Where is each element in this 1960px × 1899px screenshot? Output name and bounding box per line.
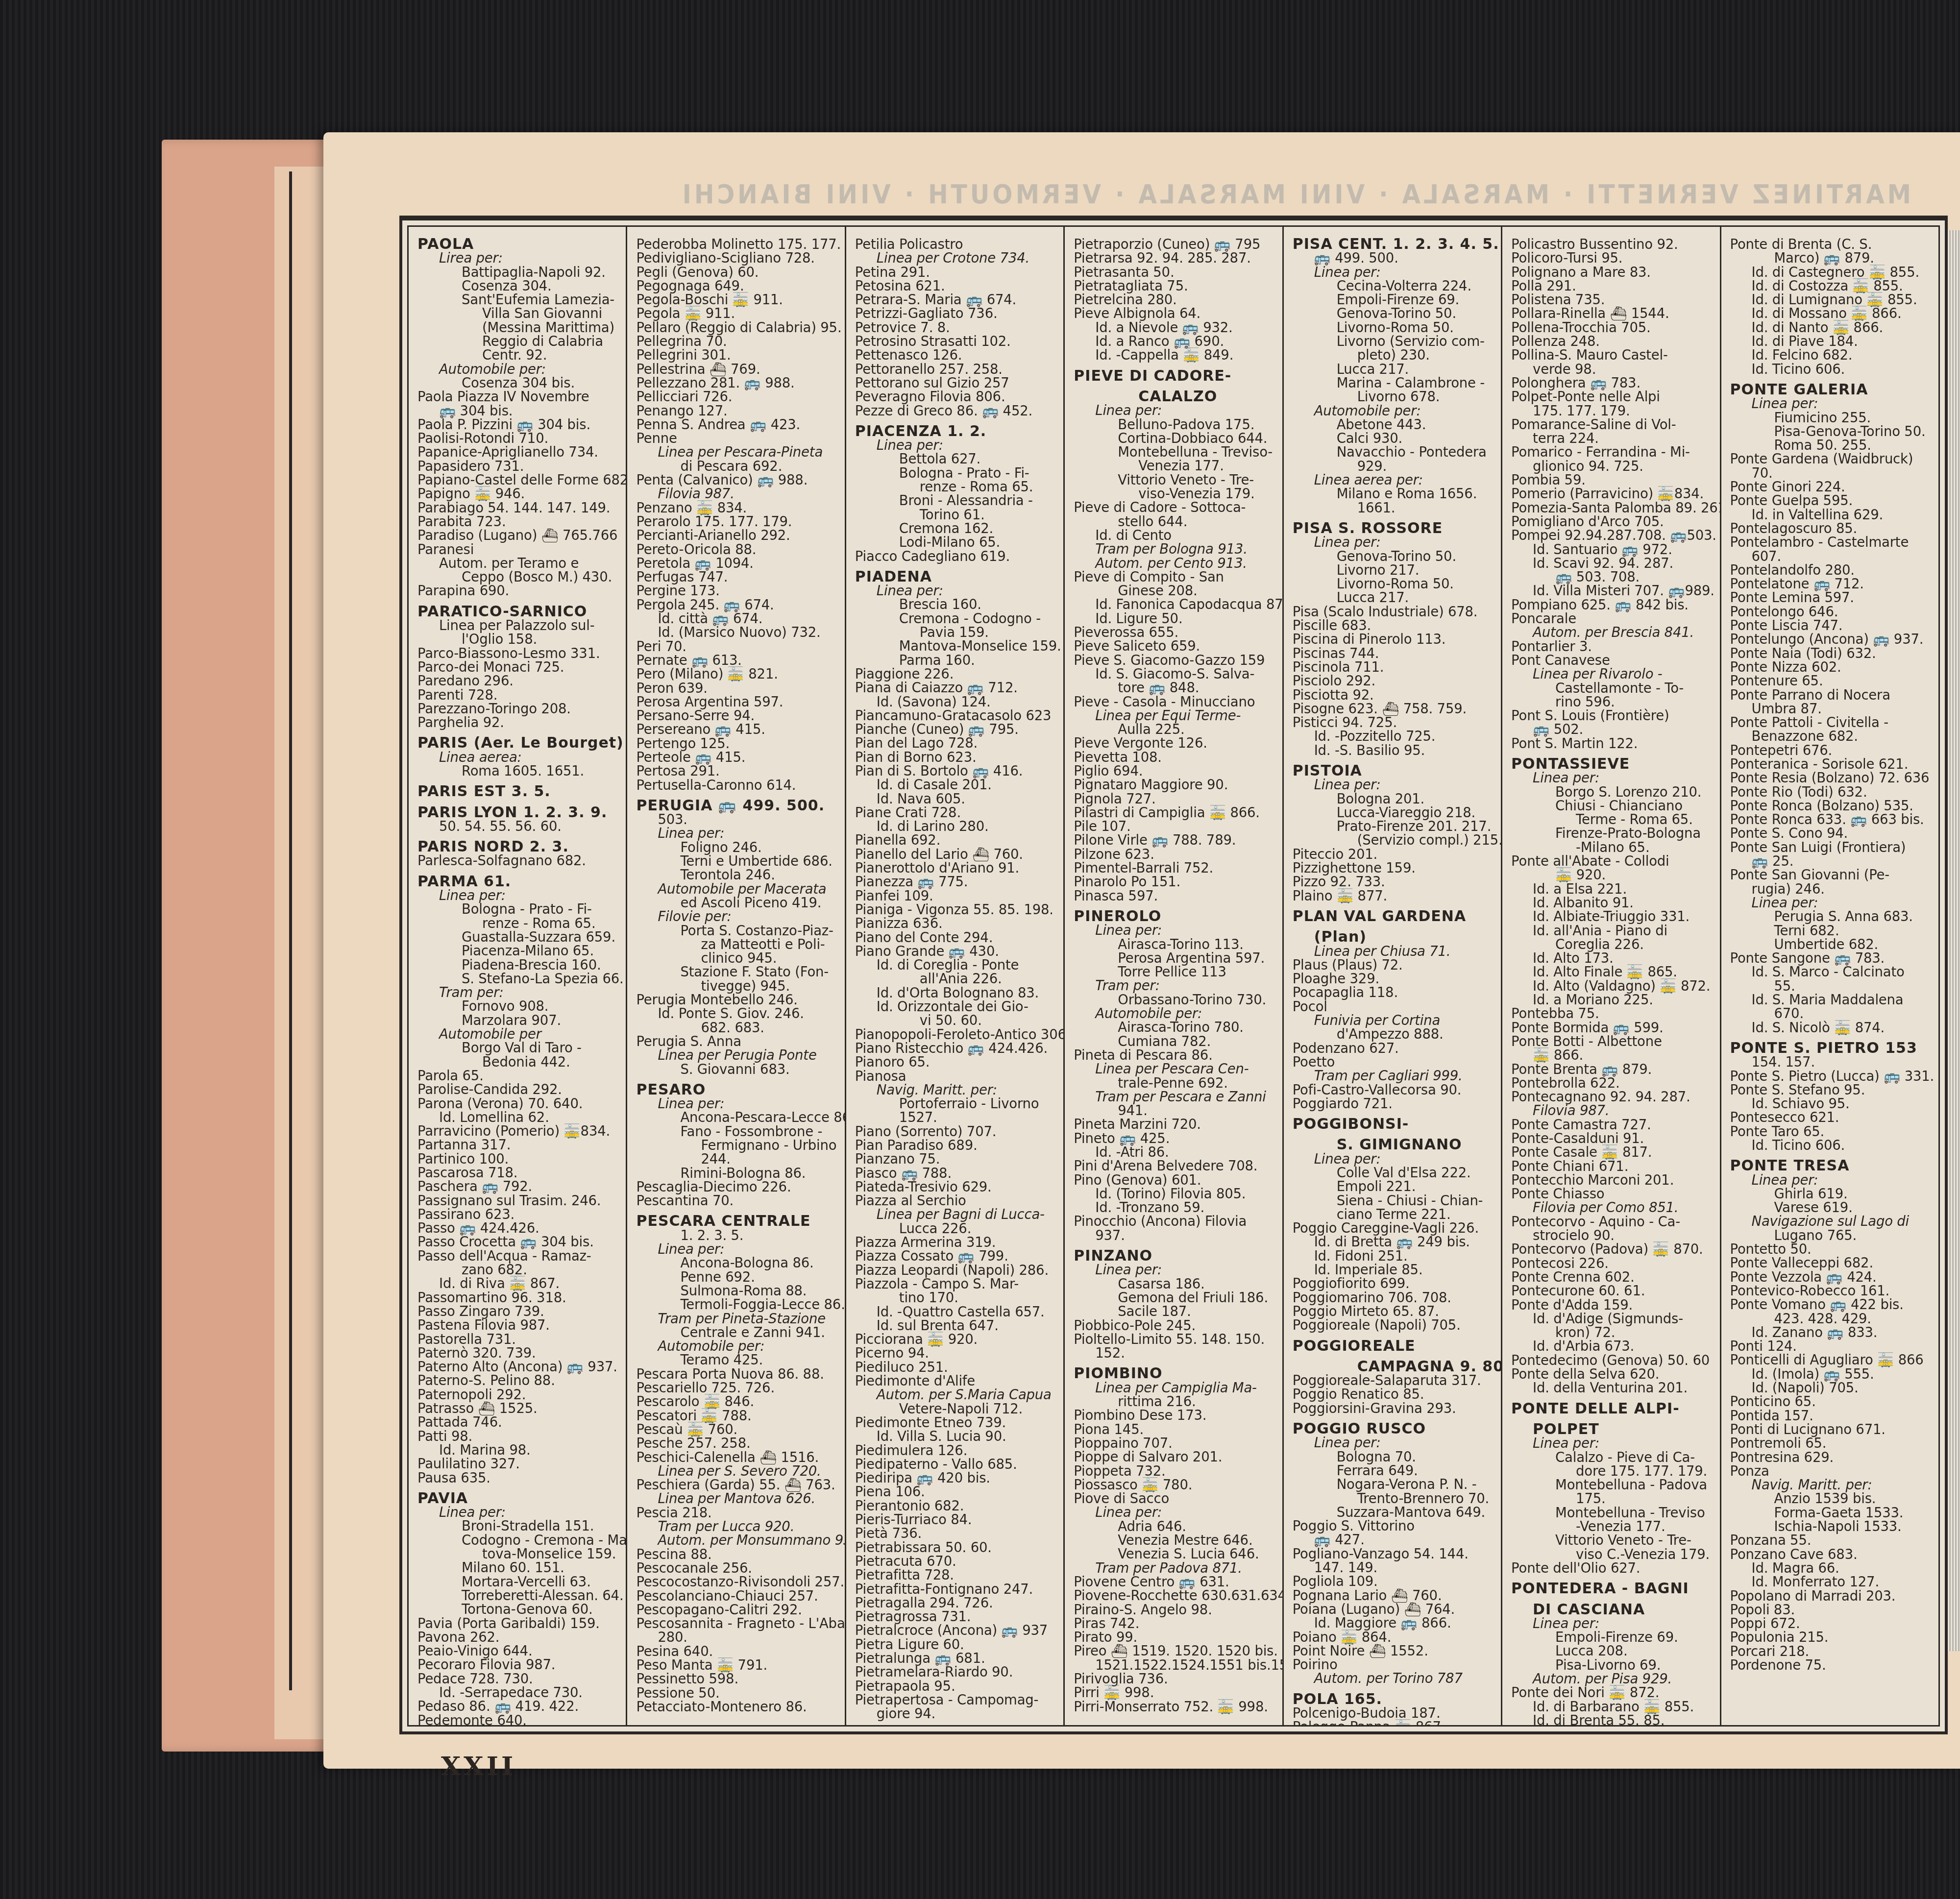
index-entry: Pontesecco 621. (1730, 1111, 1932, 1124)
index-entry: terra 224. (1511, 432, 1713, 445)
index-entry: Livorno 217. (1293, 563, 1494, 577)
index-entry: Umbertide 682. (1730, 938, 1932, 951)
index-entry: Polegge-Panna 🚋 867. (1293, 1720, 1494, 1725)
index-entry: Sulmona-Roma 88. (636, 1284, 837, 1298)
index-entry: Id. sul Brenta 647. (855, 1319, 1056, 1333)
index-entry: Vittorio Veneto - Tre- (1511, 1534, 1713, 1547)
station-heading: POLA 165. (1293, 1693, 1494, 1706)
index-entry: Pescarolo 🚋 846. (636, 1395, 837, 1409)
index-entry: Id. Magra 66. (1730, 1561, 1932, 1575)
index-entry: Perteole 🚌 415. (636, 751, 837, 764)
station-heading: PISA CENT. 1. 2. 3. 4. 5. (1293, 238, 1494, 251)
index-entry: Tortona-Genova 60. (417, 1603, 619, 1616)
index-entry: rino 596. (1511, 695, 1713, 709)
index-entry: Pontebrolla 622. (1511, 1076, 1713, 1090)
index-entry: Parenti 728. (417, 688, 619, 702)
index-entry: Ponte Pattoli - Civitella - (1730, 716, 1932, 730)
index-entry: Cortina-Dobbiaco 644. (1074, 432, 1275, 445)
index-entry: Coreglia 226. (1511, 938, 1713, 951)
index-entry: Lucca 217. (1293, 363, 1494, 376)
index-entry: Torreberetti-Alessan. 64. (417, 1589, 619, 1603)
index-entry: Pilzone 623. (1074, 848, 1275, 861)
service-label: Tram per Cagliari 999. (1293, 1069, 1494, 1083)
index-entry: Marzolara 907. (417, 1014, 619, 1027)
index-entry: 937. (1074, 1229, 1275, 1242)
service-label: Linea per: (1293, 1436, 1494, 1450)
index-entry: Lucca 226. (855, 1222, 1056, 1236)
index-entry: Paola Piazza IV Novembre (417, 390, 619, 404)
index-entry: Id. di Nanto 🚋 866. (1730, 321, 1932, 335)
station-heading: PAVIA (417, 1492, 619, 1506)
index-entry: Pierantonio 682. (855, 1499, 1056, 1513)
index-entry: trale-Penne 692. (1074, 1076, 1275, 1090)
service-label: Linea per Bagni di Lucca- (855, 1208, 1056, 1221)
index-entry: Passo 🚌 424.426. (417, 1221, 619, 1235)
index-entry: Id. a Ranco 🚌 690. (1074, 335, 1275, 348)
index-entry: Poggio S. Vittorino (1293, 1519, 1494, 1533)
index-entry: Siena - Chiusi - Chian- (1293, 1194, 1494, 1208)
index-entry: Paradiso (Lugano) ⛴ 765.766 (417, 529, 619, 542)
index-entry: (Messina Marittima) (417, 321, 619, 335)
index-entry: Id. d'Arbia 673. (1511, 1339, 1713, 1353)
index-entry: Passo Crocetta 🚌 304 bis. (417, 1235, 619, 1249)
index-entry: Ponte-Casalduni 91. (1511, 1132, 1713, 1145)
index-entry: Poetto (1293, 1055, 1494, 1069)
index-entry: Terni e Umbertide 686. (636, 854, 837, 868)
index-entry: Piona 145. (1074, 1423, 1275, 1436)
index-entry: Poggio Renatico 85. (1293, 1388, 1494, 1401)
index-entry: Persereano 🚌 415. (636, 723, 837, 736)
index-entry: Peveragno Filovia 806. (855, 390, 1056, 404)
index-entry: Policastro Bussentino 92. (1511, 238, 1713, 251)
index-entry: Pellegrini 301. (636, 348, 837, 362)
index-entry: strocielo 90. (1511, 1229, 1713, 1242)
index-entry: Poggio Mirteto 65. 87. (1293, 1305, 1494, 1318)
index-entry: Ancona-Bologna 86. (636, 1256, 837, 1270)
index-entry: Pizzighettone 159. (1293, 861, 1494, 875)
index-entry: Milano 60. 151. (417, 1561, 619, 1575)
index-entry: Pieve Vergonte 126. (1074, 736, 1275, 750)
service-label: Automobile per: (1074, 1007, 1275, 1021)
index-entry: (Servizio compl.) 215. (1293, 833, 1494, 847)
index-entry: 🚋 920. (1511, 868, 1713, 882)
index-entry: Poggiardo 721. (1293, 1097, 1494, 1111)
index-entry: Piove di Sacco (1074, 1492, 1275, 1506)
index-entry: Piaggione 226. (855, 667, 1056, 681)
index-entry: Id. di Castegnero 🚋 855. (1730, 266, 1932, 279)
index-entry: Pontelungo (Ancona) 🚌 937. (1730, 633, 1932, 646)
index-entry: Terme - Roma 65. (1511, 813, 1713, 827)
service-label: Tram per: (417, 986, 619, 999)
index-entry: Pesche 257. 258. (636, 1436, 837, 1450)
index-entry: Perarolo 175. 177. 179. (636, 515, 837, 529)
index-entry: Pietragalla 294. 726. (855, 1596, 1056, 1610)
index-column-1: PAOLALirea per:Battipaglia-Napoli 92.Cos… (409, 227, 627, 1725)
index-entry: Id. a Moriano 225. (1511, 993, 1713, 1007)
station-heading: PIEVE DI CADORE- (1074, 369, 1275, 383)
index-entry: Nogara-Verona P. N. - (1293, 1478, 1494, 1491)
index-entry: Ginese 208. (1074, 584, 1275, 598)
index-entry: 244. (636, 1152, 837, 1166)
index-entry: Pontelandolfo 280. (1730, 563, 1932, 577)
index-entry: Pezze di Greco 86. 🚌 452. (855, 404, 1056, 418)
index-entry: Termoli-Foggia-Lecce 86. (636, 1298, 837, 1312)
index-entry: Id. S. Nicolò 🚋 874. (1730, 1021, 1932, 1035)
index-entry: S. Stefano-La Spezia 66. (417, 972, 619, 986)
index-entry: Pontebba 75. (1511, 1007, 1713, 1021)
station-heading: PIACENZA 1. 2. (855, 425, 1056, 438)
index-entry: Cumiana 782. (1074, 1035, 1275, 1048)
index-entry: Id. Imperiale 85. (1293, 1263, 1494, 1277)
index-entry: Pollina-S. Mauro Castel- (1511, 348, 1713, 362)
index-entry: Popoli 83. (1730, 1603, 1932, 1617)
index-entry: Id. -Atri 86. (1074, 1145, 1275, 1159)
index-entry: Parghelia 92. (417, 716, 619, 730)
index-entry: Id. (Savona) 124. (855, 695, 1056, 709)
index-entry: Piadena-Brescia 160. (417, 958, 619, 972)
index-entry: Petrizzi-Gagliato 736. (855, 307, 1056, 320)
index-entry: Pergola 245. 🚌 674. (636, 598, 837, 612)
service-label: Autom. per Cento 913. (1074, 557, 1275, 570)
index-entry: Pontelambro - Castelmarte (1730, 536, 1932, 549)
index-entry: Piscinas 744. (1293, 647, 1494, 660)
index-entry: Varese 619. (1730, 1201, 1932, 1215)
index-entry: Id. in Valtellina 629. (1730, 508, 1932, 522)
index-entry: Id. (Torino) Filovia 805. (1074, 1187, 1275, 1201)
station-heading: PISTOIA (1293, 764, 1494, 778)
index-entry: Pieve Saliceto 659. (1074, 639, 1275, 653)
index-entry: Persano-Serre 94. (636, 709, 837, 723)
index-entry: Plaus (Plaus) 72. (1293, 958, 1494, 972)
index-entry: Pergine 173. (636, 584, 837, 598)
index-entry: Pimentel-Barrali 752. (1074, 861, 1275, 875)
station-heading: CALALZO (1074, 390, 1275, 404)
index-entry: 🚌 304 bis. (417, 404, 619, 418)
service-label: Navigazione sul Lago di (1730, 1215, 1932, 1228)
index-entry: Id. Albanito 91. (1511, 896, 1713, 910)
index-entry: Villa San Giovanni (417, 307, 619, 320)
index-entry: Pordenone 75. (1730, 1658, 1932, 1672)
service-label: Navig. Maritt. per: (1730, 1478, 1932, 1492)
index-entry: Pescosannita - Fragneto - L'Abate (636, 1617, 837, 1631)
station-heading: (Plan) (1293, 930, 1494, 944)
index-entry: Pastorella 731. (417, 1333, 619, 1346)
index-entry: Belluno-Padova 175. (1074, 418, 1275, 432)
index-entry: Pausa 635. (417, 1471, 619, 1485)
index-entry: Id. (Marsico Nuovo) 732. (636, 626, 837, 639)
index-entry: Id. di Mossano 🚋 866. (1730, 307, 1932, 320)
index-entry: Marina - Calambrone - (1293, 376, 1494, 390)
index-entry: Broni-Stradella 151. (417, 1519, 619, 1533)
service-label: Automobile per: (636, 1339, 837, 1353)
index-entry: Guastalla-Suzzara 659. (417, 930, 619, 944)
index-entry: Pattada 746. (417, 1415, 619, 1429)
index-entry: Terontola 246. (636, 868, 837, 882)
index-entry: Pietracuta 670. (855, 1555, 1056, 1568)
service-label: Linea per Campiglia Ma- (1074, 1381, 1275, 1395)
index-entry: Trento-Brennero 70. (1293, 1492, 1494, 1506)
index-entry: Airasca-Torino 113. (1074, 938, 1275, 951)
index-entry: Polonghera 🚌 783. (1511, 376, 1713, 390)
index-entry: Ponte Liscia 747. (1730, 619, 1932, 633)
service-label: Automobile per: (417, 363, 619, 376)
index-entry: Id. di Lumignano 🚋 855. (1730, 293, 1932, 307)
index-entry: Id. città 🚌 674. (636, 612, 837, 626)
index-entry: Borgo Val di Taro - (417, 1041, 619, 1055)
index-entry: Paulilatino 327. (417, 1457, 619, 1471)
index-entry: Pegola 🚋 911. (636, 307, 837, 320)
index-entry: Passo dell'Acqua - Ramaz- (417, 1249, 619, 1263)
index-entry: Montebelluna - Treviso- (1074, 445, 1275, 459)
index-entry: Pisticci 94. 725. (1293, 716, 1494, 730)
index-entry: ed Ascoli Piceno 419. (636, 896, 837, 910)
index-entry: Pontecorvo - Aquino - Ca- (1511, 1215, 1713, 1229)
index-entry: 175. 177. 179. (1511, 404, 1713, 418)
index-entry: Roma 1605. 1651. (417, 764, 619, 778)
index-entry: 175. (1511, 1492, 1713, 1506)
station-heading: PARIS LYON 1. 2. 3. 9. (417, 806, 619, 820)
index-entry: Pianche (Cuneo) 🚌 795. (855, 723, 1056, 736)
index-entry: Pedemonte 640. (417, 1714, 619, 1725)
service-label: Autom. per Pisa 929. (1511, 1672, 1713, 1686)
index-entry: Peretola 🚌 1094. (636, 557, 837, 570)
index-entry: Pian di S. Bortolo 🚌 416. (855, 764, 1056, 778)
service-label: Tram per Lucca 920. (636, 1520, 837, 1534)
index-entry: Pescolanciano-Chiauci 257. (636, 1589, 837, 1603)
station-heading: POGGIO RUSCO (1293, 1422, 1494, 1436)
page-number: XXII (441, 1752, 516, 1781)
index-entry: Peschici-Calenella ⛴ 1516. (636, 1451, 837, 1464)
index-entry: Id. di Costozza 🚋 855. (1730, 279, 1932, 293)
index-entry: Pesina 640. (636, 1645, 837, 1658)
index-entry: Picciorana 🚋 920. (855, 1333, 1056, 1346)
index-entry: Piano del Conte 294. (855, 931, 1056, 945)
index-entry: Paranesi (417, 543, 619, 557)
service-label: Autom. per Brescia 841. (1511, 626, 1713, 639)
service-label: Linea per Crotone 734. (855, 251, 1056, 265)
service-label: Linea per: (636, 1097, 837, 1111)
index-entry: Paternò 320. 739. (417, 1346, 619, 1360)
index-entry: Pietra Ligure 60. (855, 1638, 1056, 1652)
index-entry: Piglio 694. (1074, 764, 1275, 778)
service-label: Linea per: (1293, 536, 1494, 549)
index-entry: Petilia Policastro (855, 238, 1056, 251)
index-entry: Parabiago 54. 144. 147. 149. (417, 501, 619, 515)
index-entry: Parco-Biassono-Lesmo 331. (417, 647, 619, 660)
index-entry: Pianiga - Vigonza 55. 85. 198. (855, 903, 1056, 917)
index-entry: Abetone 443. (1293, 418, 1494, 432)
index-entry: Id. Villa Misteri 707. 🚌989. (1511, 584, 1713, 598)
index-entry: Passo Zingaro 739. (417, 1305, 619, 1318)
index-entry: Pioppe di Salvaro 201. (1074, 1450, 1275, 1464)
index-entry: Bologna - Prato - Fi- (417, 902, 619, 916)
station-heading: POGGIBONSI- (1293, 1118, 1494, 1131)
index-entry: Pino (Genova) 601. (1074, 1173, 1275, 1187)
station-heading: CAMPAGNA 9. 80. (1293, 1360, 1494, 1374)
index-entry: Pescaù 🚋 760. (636, 1423, 837, 1436)
index-entry: Id. -Quattro Castella 657. (855, 1305, 1056, 1319)
index-entry: Pianoro 65. (855, 1055, 1056, 1069)
index-entry: renze - Roma 65. (855, 480, 1056, 494)
index-entry: Piras 742. (1074, 1617, 1275, 1631)
index-entry: Pietrapaola 95. (855, 1680, 1056, 1693)
index-entry: Pontecosi 226. (1511, 1257, 1713, 1270)
index-column-6: Policastro Bussentino 92.Policoro-Tursi … (1502, 227, 1721, 1725)
station-heading: PAOLA (417, 238, 619, 251)
index-entry: -Venezia 177. (1511, 1520, 1713, 1534)
index-entry: Pescara Porta Nuova 86. 88. (636, 1367, 837, 1381)
index-entry: S. Giovanni 683. (636, 1063, 837, 1076)
index-entry: Pietrafitta 728. (855, 1568, 1056, 1582)
index-entry: Pellezzano 281. 🚌 988. (636, 376, 837, 390)
index-entry: Peschiera (Garda) 55. ⛴ 763. (636, 1478, 837, 1492)
index-column-2: Pederobba Molinetto 175. 177.Pediviglian… (627, 227, 846, 1725)
service-label: Navig. Maritt. per: (855, 1083, 1056, 1097)
service-label: Linea per: (1074, 1263, 1275, 1277)
index-entry: Id. di Coreglia - Ponte (855, 958, 1056, 972)
index-entry: Piano Grande 🚌 430. (855, 945, 1056, 958)
index-entry: Portoferraio - Livorno (855, 1097, 1056, 1111)
index-entry: Poiana (Lugano) ⛴ 764. (1293, 1603, 1494, 1616)
index-entry: Pianezza 🚌 775. (855, 875, 1056, 889)
service-label: Linea per: (1730, 1173, 1932, 1187)
index-entry: Centrale e Zanni 941. (636, 1326, 837, 1339)
index-entry: Pomarico - Ferrandina - Mi- (1511, 445, 1713, 459)
index-entry: Pievetta 108. (1074, 751, 1275, 764)
station-heading: PONTEDERA - BAGNI (1511, 1582, 1713, 1596)
index-entry: Id. Fanonica Capodacqua 87 (1074, 598, 1275, 611)
service-label: Automobile per (417, 1027, 619, 1041)
index-entry: Pontarlier 3. (1511, 640, 1713, 654)
index-entry: Petrosino Strasatti 102. (855, 335, 1056, 348)
index-entry: Ponte Crenna 602. (1511, 1270, 1713, 1284)
index-entry: Parona (Verona) 70. 640. (417, 1097, 619, 1111)
index-entry: Pont Canavese (1511, 654, 1713, 667)
index-entry: Pietratagliata 75. (1074, 279, 1275, 293)
index-entry: Pioltello-Limito 55. 148. 150. (1074, 1333, 1275, 1346)
index-entry: Chiusi - Chianciano (1511, 799, 1713, 813)
service-label: Linea per: (1511, 771, 1713, 785)
index-entry: Paterno-S. Pelino 88. (417, 1374, 619, 1388)
index-entry: Id. di Barbarano 🚋 855. (1511, 1700, 1713, 1714)
index-entry: Pegli (Genova) 60. (636, 266, 837, 279)
index-entry: Genova-Torino 50. (1293, 550, 1494, 563)
index-entry: Id. S. Maria Maddalena (1730, 993, 1932, 1007)
index-entry: 1527. (855, 1111, 1056, 1124)
index-entry: Ponte Vezzola 🚌 424. (1730, 1270, 1932, 1284)
index-entry: Ancona-Pescara-Lecce 86. (636, 1111, 837, 1124)
station-heading: POGGIOREALE (1293, 1339, 1494, 1353)
index-entry: dore 175. 177. 179. (1511, 1464, 1713, 1478)
index-table-frame: PAOLALirea per:Battipaglia-Napoli 92.Cos… (399, 216, 1948, 1734)
index-entry: Pianizza 636. (855, 917, 1056, 930)
index-column-7: Ponte di Brenta (C. S.Marco) 🚌 879.Id. d… (1721, 227, 1938, 1725)
index-entry: 70. (1730, 466, 1932, 480)
index-entry: Pontremoli 65. (1730, 1436, 1932, 1450)
index-entry: Id. Scavi 92. 94. 287. (1511, 557, 1713, 570)
index-entry: Id. Nava 605. (855, 792, 1056, 806)
index-entry: Paredano 296. (417, 674, 619, 688)
index-entry: Airasca-Torino 780. (1074, 1021, 1275, 1034)
index-entry: Pineto 🚌 425. (1074, 1132, 1275, 1145)
index-entry: Pontevico-Robecco 161. (1730, 1284, 1932, 1298)
index-entry: Marco) 🚌 879. (1730, 251, 1932, 265)
index-entry: Milano e Roma 1656. (1293, 487, 1494, 501)
index-entry: Id. Schiavo 95. (1730, 1097, 1932, 1111)
station-heading: PLAN VAL GARDENA (1293, 910, 1494, 924)
index-entry: Piedimonte Etneo 739. (855, 1416, 1056, 1430)
index-entry: Piano Ristecchio 🚌 424.426. (855, 1042, 1056, 1055)
index-entry: 147. 149. (1293, 1561, 1494, 1575)
index-entry: Codogno - Cremona - Man- (417, 1534, 619, 1547)
index-entry: Rimini-Bologna 86. (636, 1167, 837, 1180)
index-entry: Id. di Cento (1074, 529, 1275, 542)
index-entry: Pioppeta 732. (1074, 1464, 1275, 1478)
index-entry: clinico 945. (636, 951, 837, 965)
index-entry: Pontedecimo (Genova) 50. 60 (1511, 1354, 1713, 1367)
index-entry: 55. (1730, 979, 1932, 993)
index-entry: Pontecchio Marconi 201. (1511, 1173, 1713, 1187)
index-entry: Percianti-Arianello 292. (636, 529, 837, 542)
index-entry: Pietrabissara 50. 60. (855, 1541, 1056, 1555)
station-heading: PONTE GALERIA (1730, 383, 1932, 397)
service-label: Funivia per Cortina (1293, 1014, 1494, 1027)
index-entry: Id. Ponte S. Giov. 246. (636, 1007, 837, 1021)
index-entry: Pian di Borno 623. (855, 751, 1056, 764)
index-entry: Pisciolo 292. (1293, 674, 1494, 688)
service-label: Linea per: (1074, 404, 1275, 417)
index-entry: Polcenigo-Budoia 187. (1293, 1706, 1494, 1720)
index-entry: Livorno-Roma 50. (1293, 321, 1494, 335)
index-entry: Pietralunga 🚌 681. (855, 1652, 1056, 1665)
index-entry: Piraino-S. Angelo 98. (1074, 1603, 1275, 1617)
index-entry: Poggiofiorito 699. (1293, 1277, 1494, 1290)
index-entry: Ponteranica - Sorisole 621. (1730, 757, 1932, 771)
index-entry: Pian del Lago 728. (855, 736, 1056, 750)
index-entry: Autom. per Teramo e (417, 557, 619, 570)
index-entry: Ponte Taro 65. (1730, 1125, 1932, 1139)
index-entry: Id. S. Giacomo-S. Salva- (1074, 667, 1275, 681)
index-entry: Perosa Argentina 597. (636, 695, 837, 709)
index-entry: Ponza (1730, 1464, 1932, 1478)
service-label: Linea per: (1730, 896, 1932, 910)
index-entry: Id. Ticino 606. (1730, 1139, 1932, 1152)
index-entry: Ponte Chiani 671. (1511, 1160, 1713, 1173)
index-entry: Ponte S. Cono 94. (1730, 827, 1932, 840)
service-label: Tram per Padova 871. (1074, 1561, 1275, 1575)
index-entry: Peri 70. (636, 640, 837, 654)
index-entry: Pisogne 623. ⛴ 758. 759. (1293, 702, 1494, 716)
index-entry: Penta (Calvanico) 🚌 988. (636, 473, 837, 487)
index-entry: Pisa-Livorno 69. (1511, 1658, 1713, 1672)
index-entry: Piena 106. (855, 1485, 1056, 1499)
index-entry: Ponte San Luigi (Frontiera) (1730, 841, 1932, 854)
index-entry: Id. di Larino 280. (855, 820, 1056, 833)
index-entry: Id. Maggiore 🚌 866. (1293, 1616, 1494, 1630)
index-entry: Ponte Ginori 224. (1730, 480, 1932, 494)
index-entry: Id. all'Ania - Piano di (1511, 924, 1713, 938)
index-entry: d'Ampezzo 888. (1293, 1027, 1494, 1041)
index-entry: Piedimonte d'Alife (855, 1374, 1056, 1388)
index-entry: Battipaglia-Napoli 92. (417, 266, 619, 279)
index-entry: Pollenza 248. (1511, 335, 1713, 348)
index-entry: Pogliano-Vanzago 54. 144. (1293, 1547, 1494, 1561)
index-entry: Pontecurone 60. 61. (1511, 1284, 1713, 1298)
index-entry: Pescariello 725. 726. (636, 1381, 837, 1395)
index-entry: Partanna 317. (417, 1138, 619, 1152)
index-entry: Pianerottolo d'Ariano 91. (855, 861, 1056, 875)
service-label: Autom. per S.Maria Capua (855, 1388, 1056, 1402)
